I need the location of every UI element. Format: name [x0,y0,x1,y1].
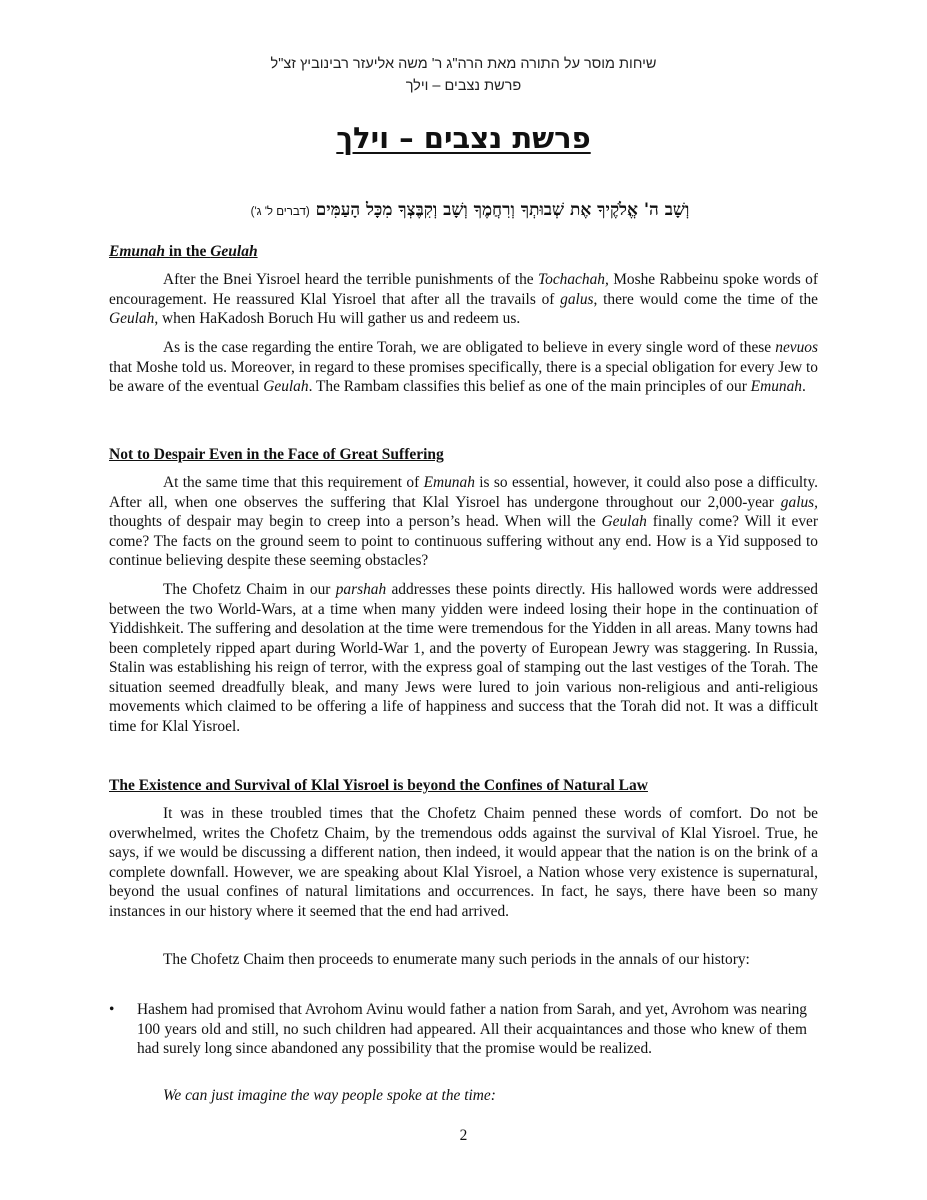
italic-lead-in: We can just imagine the way people spoke… [163,1086,496,1106]
italic-term: parshah [336,581,386,598]
bullet-text: Hashem had promised that Avrohom Avinu w… [137,1000,807,1059]
pasuk-text: וְשָׁב ה' אֱלֹקֶיךָ אֶת שְׁבוּתְךָ וְרִח… [316,200,690,220]
page-title-text: פרשת נצבים – וילך [336,121,590,155]
italic-term: galus, [781,494,818,511]
pasuk-quote: וְשָׁב ה' אֱלֹקֶיךָ אֶת שְׁבוּתְךָ וְרִח… [110,197,830,225]
document-page: שיחות מוסר על התורה מאת הרה"ג ר' משה אלי… [0,0,927,1200]
section-heading-not-to-despair: Not to Despair Even in the Face of Great… [109,445,444,465]
italic-term: galus [560,291,593,308]
italic-term: Tochachah, [538,271,609,288]
text-run: The Chofetz Chaim in our [163,581,336,598]
text-run: , when HaKadosh Boruch Hu will gather us… [154,310,520,327]
section-heading-existence-survival: The Existence and Survival of Klal Yisro… [109,776,648,796]
pasuk-source: (דברים ל' ג') [251,206,310,218]
text-run: , there would come the time of the [594,291,818,308]
running-header-line2: פרשת נצבים – וילך [0,78,927,94]
text-run: addresses these points directly. His hal… [109,581,818,735]
text-run: . [802,378,806,395]
paragraph: As is the case regarding the entire Tora… [109,338,818,397]
section-heading-emunah-geulah: Emunah in the Geulah [109,242,258,262]
bullet-icon: • [109,1000,129,1020]
text-run: . The Rambam classifies this belief as o… [309,378,751,395]
italic-term: Geulah [602,513,647,530]
italic-term: nevuos [775,339,818,356]
italic-term: Emunah [751,378,802,395]
text-run: At the same time that this requirement o… [163,474,424,491]
paragraph: After the Bnei Yisroel heard the terribl… [109,270,818,329]
heading-italic-geulah: Geulah [210,243,257,260]
page-number: 2 [0,1127,927,1145]
paragraph: The Chofetz Chaim then proceeds to enume… [109,950,818,970]
running-header-line1: שיחות מוסר על התורה מאת הרה"ג ר' משה אלי… [0,56,927,72]
text-run: It was in these troubled times that the … [109,805,818,920]
italic-term: Geulah [263,378,308,395]
paragraph: The Chofetz Chaim in our parshah address… [109,580,818,736]
page-title: פרשת נצבים – וילך [0,120,927,156]
text-run: After the Bnei Yisroel heard the terribl… [163,271,538,288]
paragraph: At the same time that this requirement o… [109,473,818,571]
heading-mid: in the [165,243,210,260]
italic-term: Geulah [109,310,154,327]
paragraph: It was in these troubled times that the … [109,804,818,921]
text-run: thoughts of despair may begin to creep i… [109,513,602,530]
italic-term: Emunah [424,474,475,491]
heading-italic-emunah: Emunah [109,243,165,260]
text-run: The Chofetz Chaim then proceeds to enume… [163,951,750,968]
text-run: As is the case regarding the entire Tora… [163,339,775,356]
